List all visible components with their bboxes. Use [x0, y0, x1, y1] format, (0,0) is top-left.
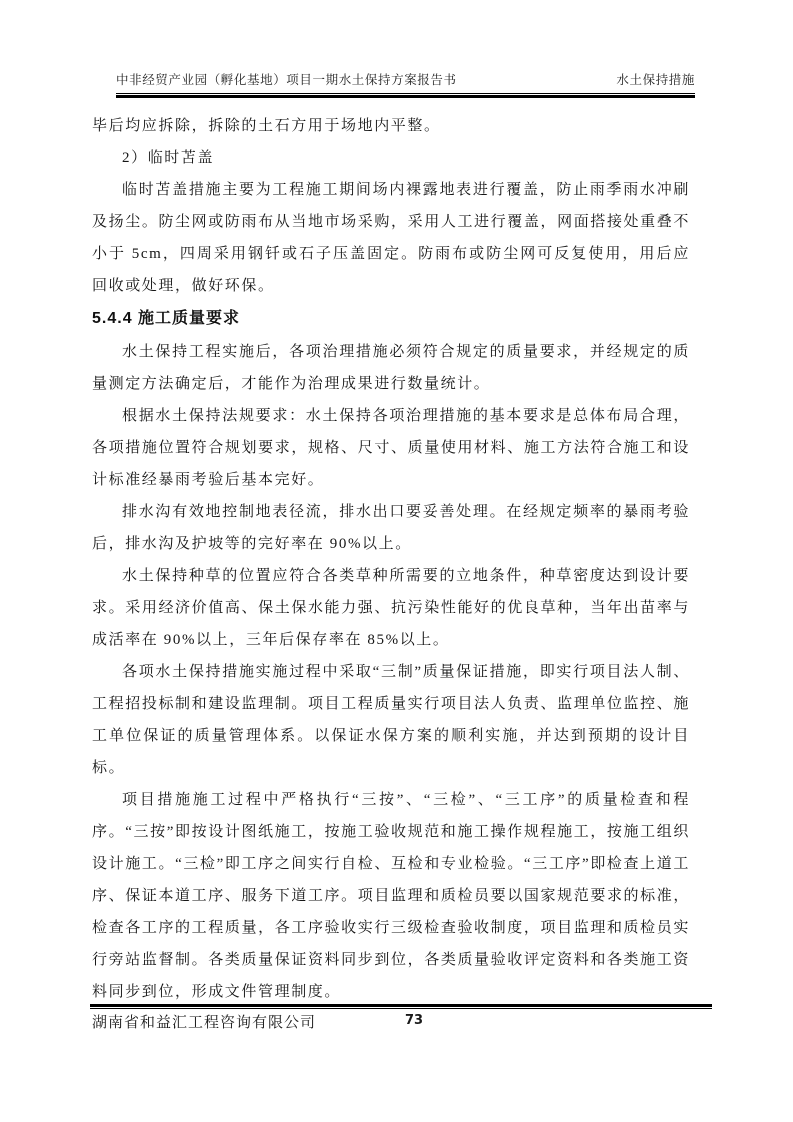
document-body: 毕后均应拆除，拆除的土石方用于场地内平整。2）临时苫盖临时苫盖措施主要为工程施工…: [92, 110, 690, 1008]
body-paragraph: 水土保持工程实施后，各项治理措施必须符合规定的质量要求，并经规定的质量测定方法确…: [92, 336, 690, 400]
document-page: 中非经贸产业园（孵化基地）项目一期水土保持方案报告书 水土保持措施 毕后均应拆除…: [0, 0, 793, 1122]
body-paragraph: 各项水土保持措施实施过程中采取“三制”质量保证措施，即实行项目法人制、工程招投标…: [92, 656, 690, 784]
body-paragraph: 临时苫盖措施主要为工程施工期间场内裸露地表进行覆盖，防止雨季雨水冲刷及扬尘。防尘…: [92, 174, 690, 302]
body-paragraph: 水土保持种草的位置应符合各类草种所需要的立地条件，种草密度达到设计要求。采用经济…: [92, 560, 690, 656]
body-paragraph: 项目措施施工过程中严格执行“三按”、“三检”、“三工序”的质量检查和程序。“三按…: [92, 784, 690, 1008]
body-paragraph: 2）临时苫盖: [92, 142, 690, 174]
header-rule: [116, 93, 695, 98]
header-section-label: 水土保持措施: [616, 70, 695, 88]
header-row: 中非经贸产业园（孵化基地）项目一期水土保持方案报告书 水土保持措施: [116, 70, 695, 88]
body-paragraph: 根据水土保持法规要求：水土保持各项治理措施的基本要求是总体布局合理，各项措施位置…: [92, 400, 690, 496]
body-paragraph: 毕后均应拆除，拆除的土石方用于场地内平整。: [92, 110, 690, 142]
footer-rule-thick-line: [90, 1004, 712, 1007]
footer-rule-thin-line: [90, 1008, 712, 1009]
section-heading: 5.4.4 施工质量要求: [92, 302, 690, 336]
footer-rule: [90, 1004, 712, 1009]
header-doc-title: 中非经贸产业园（孵化基地）项目一期水土保持方案报告书: [116, 70, 457, 88]
header-rule-thin-line: [116, 93, 695, 94]
header-rule-thick-line: [116, 95, 695, 98]
footer-page-number: 73: [405, 1013, 423, 1028]
page-footer: 湖南省和益汇工程咨询有限公司 73: [92, 1011, 712, 1035]
body-paragraph: 排水沟有效地控制地表径流，排水出口要妥善处理。在经规定频率的暴雨考验后，排水沟及…: [92, 496, 690, 560]
footer-company: 湖南省和益汇工程咨询有限公司: [92, 1015, 316, 1031]
page-header: 中非经贸产业园（孵化基地）项目一期水土保持方案报告书 水土保持措施: [116, 70, 695, 98]
